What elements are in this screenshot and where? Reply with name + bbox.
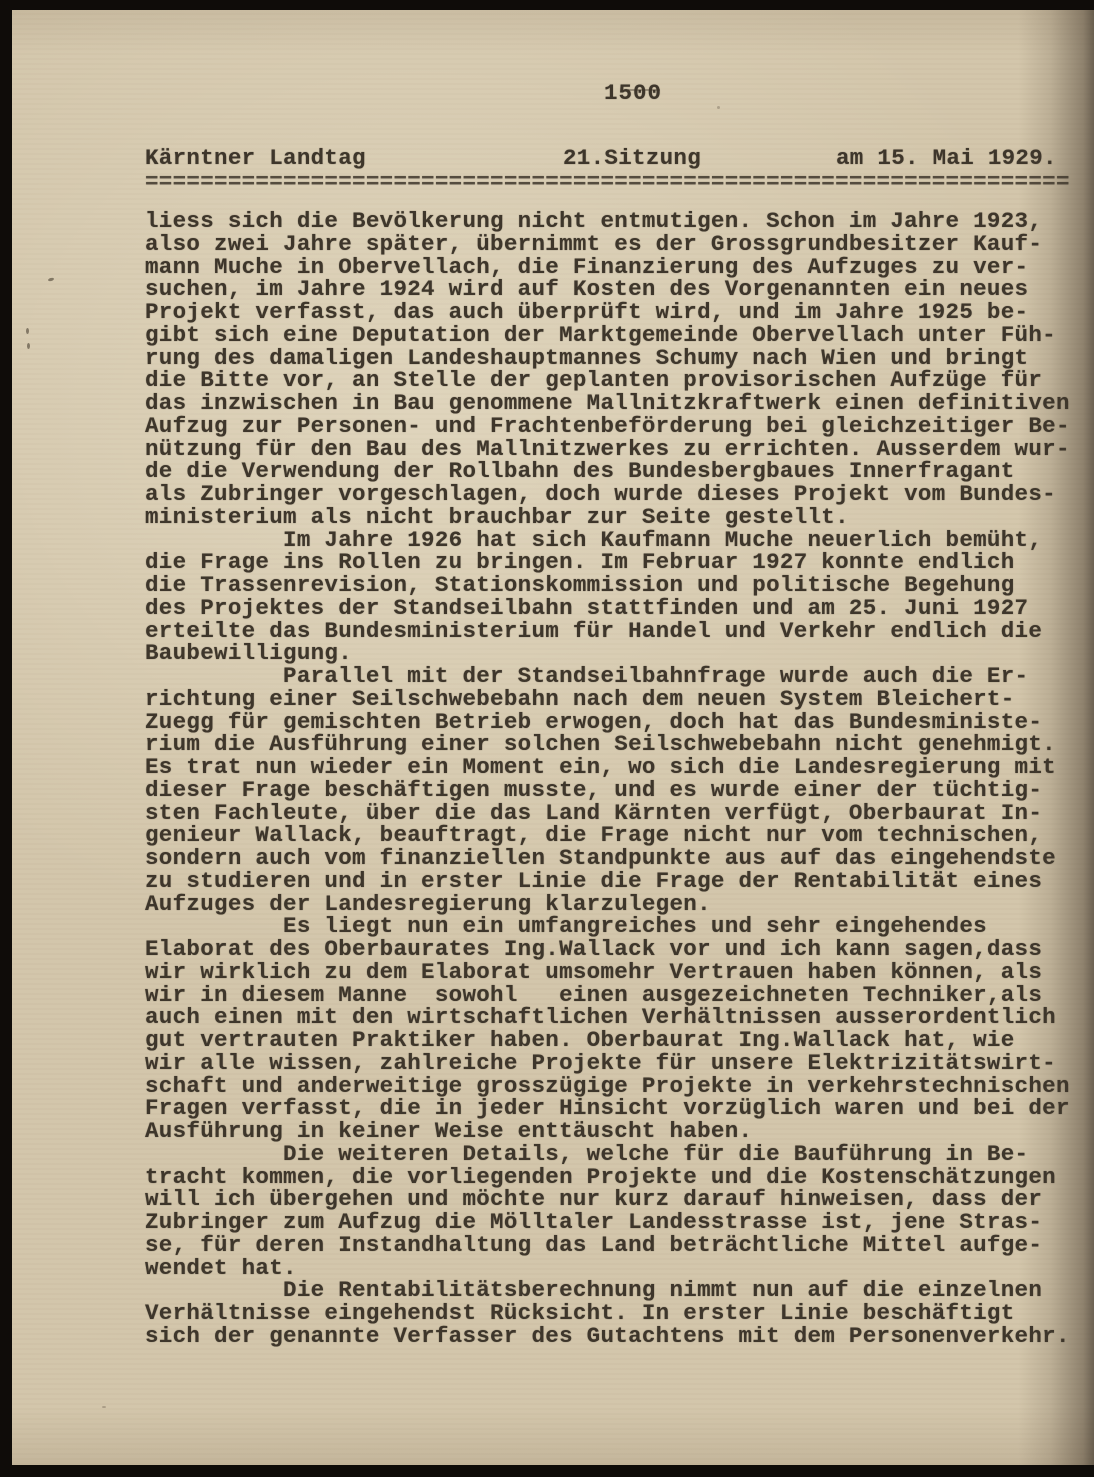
document-page: 1500 Kärntner Landtag 21.Sitzung am 15. … [12,10,1094,1465]
scanned-page: 1500 Kärntner Landtag 21.Sitzung am 15. … [0,0,1094,1477]
header-institution: Kärntner Landtag [145,145,366,171]
header-separator: ========================================… [145,169,1070,195]
ink-speck [102,1406,106,1408]
header-session: 21.Sitzung [563,145,701,171]
ink-smear [628,89,660,91]
body-text: liess sich die Bevölkerung nicht entmuti… [145,210,1070,1348]
header-date: am 15. Mai 1929. [836,145,1057,171]
ink-speck [717,106,720,109]
ink-speck [26,328,29,334]
ink-speck [48,277,55,281]
page-number: 1500 [604,80,662,106]
scan-background: { "document": { "page_number": "1500", "… [0,0,1094,1477]
ink-speck [27,343,30,349]
